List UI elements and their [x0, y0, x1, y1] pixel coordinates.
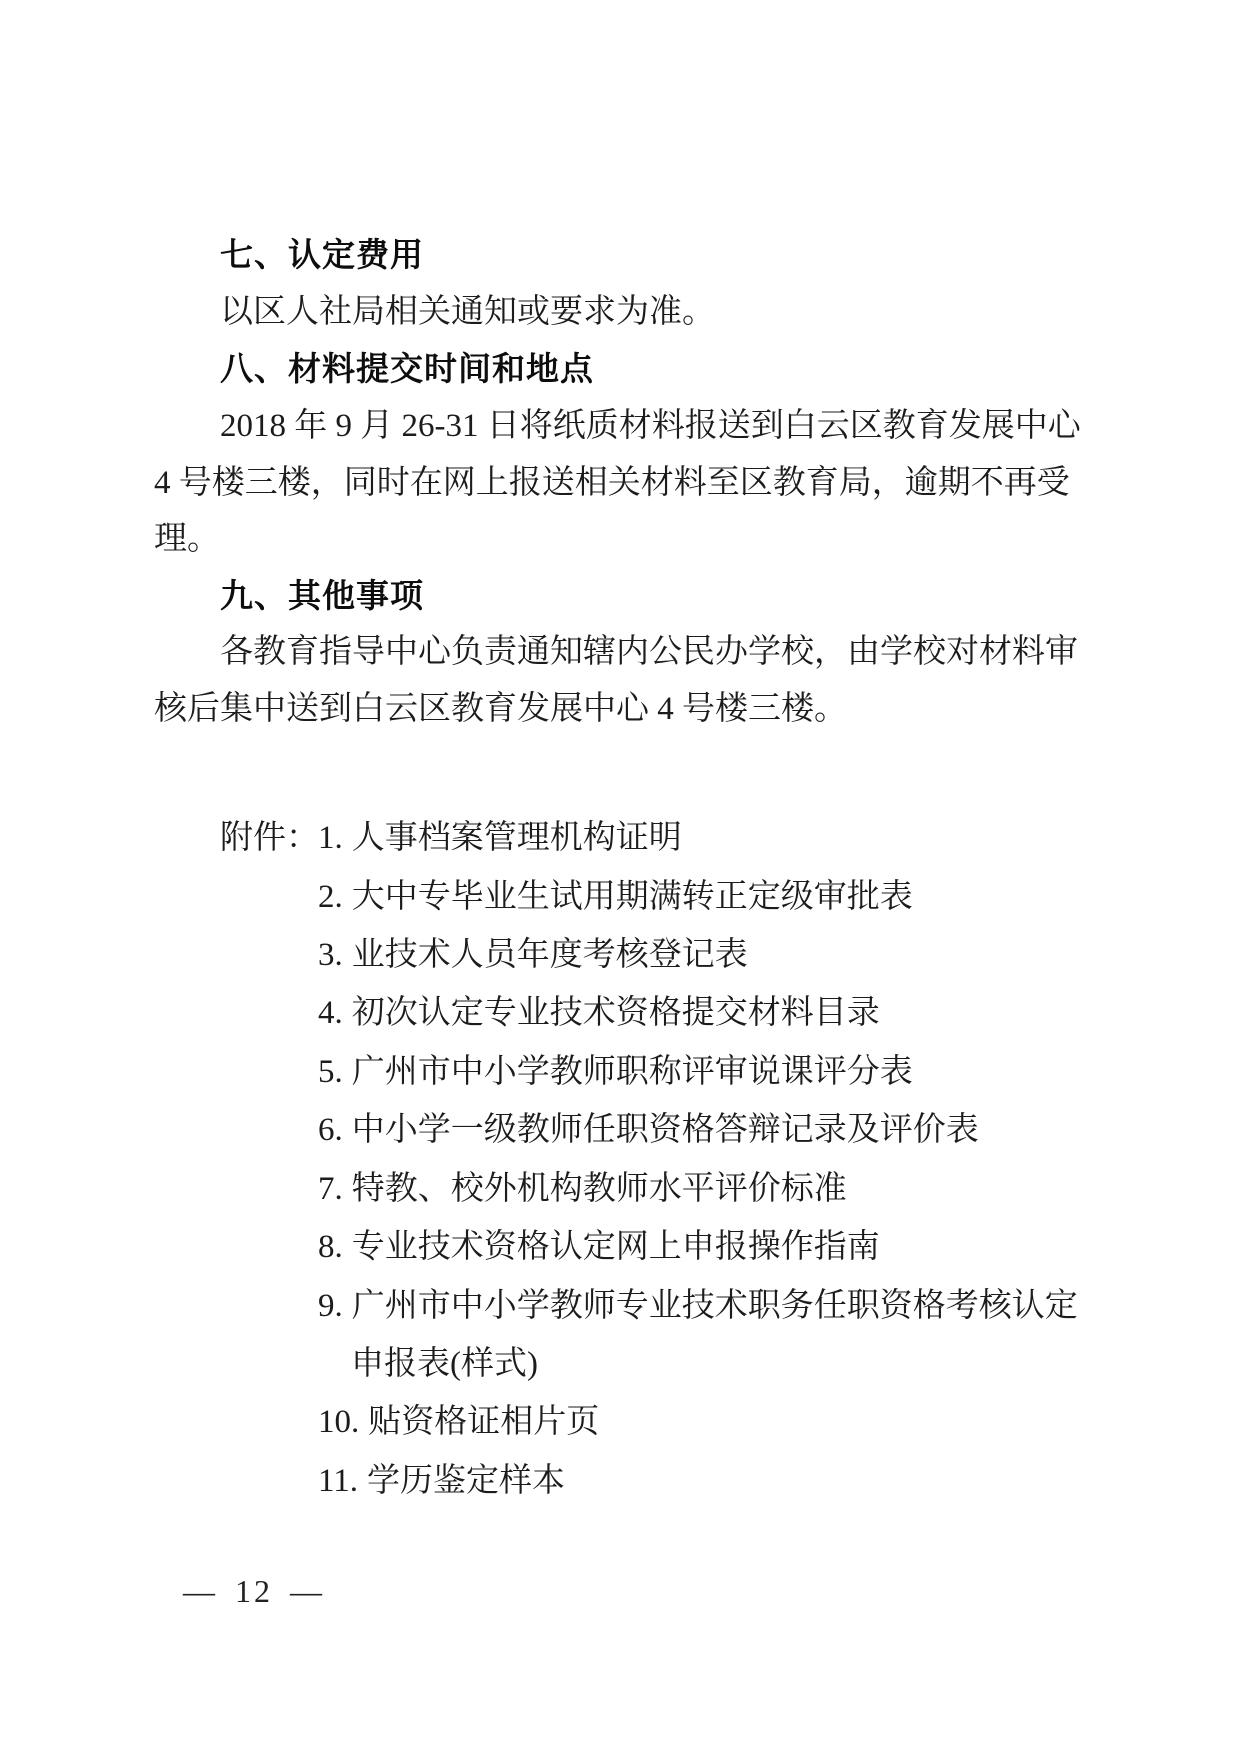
attachment-number: 5. — [318, 1052, 343, 1092]
attachment-text: 人事档案管理机构证明 — [352, 820, 682, 856]
attachment-number: 7. — [318, 1169, 343, 1209]
attachment-text: 中小学一级教师任职资格答辩记录及评价表 — [352, 1112, 979, 1148]
attachment-number: 1. — [318, 818, 343, 858]
attachment-item: 8.专业技术资格认定网上申报操作指南 — [318, 1227, 880, 1267]
attachment-number: 11. — [318, 1461, 358, 1501]
section-9-line: 各教育指导中心负责通知辖内公民办学校，由学校对材料审 — [154, 632, 1180, 672]
attachment-number: 3. — [318, 935, 343, 975]
attachment-item: 9.广州市中小学教师专业技术职务任职资格考核认定 — [318, 1286, 1078, 1326]
attachment-text: 大中专毕业生试用期满转正定级审批表 — [352, 879, 913, 915]
section-8-line: 2018 年 9 月 26-31 日将纸质材料报送到白云区教育发展中心 — [154, 406, 1180, 446]
attachment-text: 广州市中小学教师职称评审说课评分表 — [352, 1054, 913, 1090]
attachment-text: 贴资格证相片页 — [368, 1404, 599, 1440]
attachment-number: 2. — [318, 877, 343, 917]
attachment-text: 特教、校外机构教师水平评价标准 — [352, 1171, 847, 1207]
attachment-item: 5.广州市中小学教师职称评审说课评分表 — [318, 1052, 913, 1092]
document-page: 七、认定费用 以区人社局相关通知或要求为准。 八、材料提交时间和地点 2018 … — [0, 0, 1240, 1753]
section-8-heading: 八、材料提交时间和地点 — [154, 349, 1180, 389]
attachment-text: 初次认定专业技术资格提交材料目录 — [352, 995, 880, 1031]
section-8-line: 4 号楼三楼，同时在网上报送相关材料至区教育局，逾期不再受 — [154, 463, 1114, 503]
section-9-heading: 九、其他事项 — [154, 576, 1180, 616]
attachment-number: 4. — [318, 993, 343, 1033]
attachments-label: 附件： — [220, 818, 319, 858]
attachment-item: 11.学历鉴定样本 — [318, 1461, 565, 1501]
attachment-number: 9. — [318, 1286, 343, 1326]
attachment-item: 2.大中专毕业生试用期满转正定级审批表 — [318, 877, 913, 917]
attachment-item: 4.初次认定专业技术资格提交材料目录 — [318, 993, 880, 1033]
attachment-item: 7.特教、校外机构教师水平评价标准 — [318, 1169, 847, 1209]
page-number: — 12 — — [183, 1572, 325, 1610]
attachment-item: 10.贴资格证相片页 — [318, 1402, 599, 1442]
attachment-number: 10. — [318, 1402, 359, 1442]
attachment-text: 广州市中小学教师专业技术职务任职资格考核认定 — [352, 1288, 1078, 1324]
attachment-text: 学历鉴定样本 — [367, 1463, 565, 1499]
attachment-item: 1.人事档案管理机构证明 — [318, 818, 682, 858]
attachment-number: 8. — [318, 1227, 343, 1267]
section-7-line: 以区人社局相关通知或要求为准。 — [154, 292, 1180, 332]
section-9-line: 核后集中送到白云区教育发展中心 4 号楼三楼。 — [154, 689, 1114, 729]
attachment-number: 6. — [318, 1110, 343, 1150]
section-8-line: 理。 — [154, 519, 1114, 559]
section-7-heading: 七、认定费用 — [154, 235, 1180, 275]
attachment-item: 3.业技术人员年度考核登记表 — [318, 935, 748, 975]
attachment-text: 业技术人员年度考核登记表 — [352, 937, 748, 973]
attachment-text: 申报表(样式) — [351, 1346, 538, 1382]
attachment-text: 专业技术资格认定网上申报操作指南 — [352, 1229, 880, 1265]
attachment-item: 6.中小学一级教师任职资格答辩记录及评价表 — [318, 1110, 979, 1150]
attachment-item-continuation: 申报表(样式) — [351, 1344, 538, 1384]
